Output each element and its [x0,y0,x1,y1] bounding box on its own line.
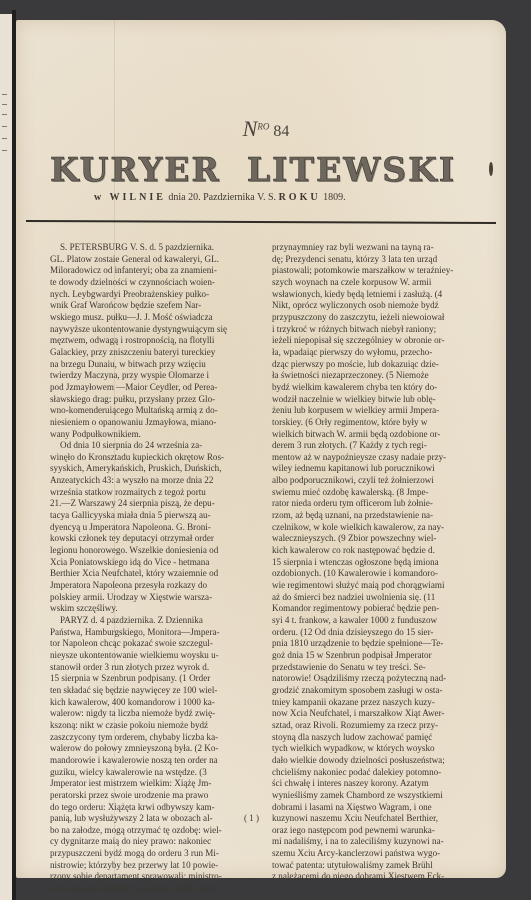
text-line: albo podporucznikowi, czyli też żołnierz… [272,475,490,487]
text-line: nistrowie; którzyby bez przerwy lat 10 p… [50,860,262,872]
text-line: wany Podpułkownikiem. [50,429,262,441]
title-word-1: KURYER [50,150,221,189]
text-line: Komandor regimentowy pobierać będzie pen… [272,603,490,615]
text-line: wynieśliśmy zamek Chambord ze wszystkiem… [272,790,490,802]
text-line: twierdzy Maczyna, przy wyspie Olomarze i [50,370,262,382]
text-line: Nikt, oprócz wyliczonych osob niemoże by… [272,300,490,312]
newspaper-page: NRO 84 KURYERLITEWSKI w WILNIE dnia 20. … [16,20,506,878]
text-line: przypuszczeni bydź mogą do orderu 3 run … [50,848,262,860]
masthead-rule [26,220,496,224]
text-line: stanowił order 3 run złotych przez wyrok… [50,662,262,674]
text-line: szemu Xciu Arcy-kanclerzowi państwa wygo… [272,848,490,860]
text-line: wiley iednemu kapitanowi lub porucznikow… [272,463,490,475]
adjacent-page-mark [2,114,7,115]
text-line: 21.—Z Warszawy 24 sierpnia piszą, że dep… [50,498,262,510]
text-line: przynaymniey raz byli wezwani na tayną r… [272,242,490,254]
dateline-date: dnia 20. Pazdziernika V. S. [168,192,276,203]
text-line: orderu. (12 Od dnia dzisieyszego do 15 s… [272,627,490,639]
text-line: swiemu mieć ozdobę kawalerską. (8 Jmpe- [272,487,490,499]
ink-blot [489,162,493,176]
text-line: nych. Leybgwardyi Preobrażenskiey pułko- [50,289,262,301]
text-line: ła świetności niezaprzeczoney. (5 Niemoż… [272,370,490,382]
text-line: peratorski przez swoie urodzenie ma praw… [50,790,262,802]
text-line: natorowie! Osądziliśmy rzeczą pożyteczną… [272,673,490,685]
text-line: tować patenta: utytułowaliśmy zamek Brüh… [272,860,490,872]
text-line: rator nieda orderu tym officerom lub żoł… [272,498,490,510]
text-line: legionu honorowego. Wszelkie doniesienia… [50,545,262,557]
text-line: wskiego musz. pułku—J. J. Mość oświadcza [50,312,262,324]
text-line: wie regimentowi służyć maią pod chorągwi… [272,580,490,592]
text-line: do tego orderu: Xiążęta krwi odbywszy ka… [50,802,262,814]
text-line: GL. Platow zostaie General od kawaleryi,… [50,254,262,266]
issue-prefix: N [243,116,258,141]
text-line: żeniu lub korpusem w wielkiey armii Jmpe… [272,405,490,417]
text-line: zaszczycony tym orderem, chybaby liczba … [50,732,262,744]
text-line: tniey kampanii okazane przez naszych kuz… [272,697,490,709]
text-line: rzom, aż będą uznani, na przedstawienie … [272,510,490,522]
title-word-2: LITEWSKI [247,150,456,189]
text-line: i trzykroć w różnych bitwach niebył rani… [272,324,490,336]
text-line: derem 3 run złotych. (7 Każdy z tych reg… [272,440,490,452]
newspaper-title: KURYERLITEWSKI [50,150,470,189]
text-line: kowski członek tey deputacyi otrzymał or… [50,533,262,545]
text-line: aż do śmierci bez nadziei uwolnienia się… [272,592,490,604]
text-line: ten składać się będzie naywięcey ze 100 … [50,685,262,697]
text-line: Państwa, Hamburgskiego, Monitora—Jmpera- [50,627,262,639]
adjacent-page-mark [2,150,7,151]
text-line: torskiey. (6 Orły regimentow, które były… [272,417,490,429]
text-line: Jmperator iest mistrzem wielkim: Xiążę J… [50,778,262,790]
text-line: dyencyą u Jmperatora Napoleona. G. Broni… [50,522,262,534]
text-line: tacya Gallicyyska miała dnia 5 pierwszą … [50,510,262,522]
text-line: kszoną: nikt w czasie pokoiu niemoże byd… [50,720,262,732]
text-line: te dowody dzielności w czynnościach woie… [50,277,262,289]
text-line: Miloradowicz od infanteryi; oba za znami… [50,265,262,277]
text-line: pnia 1810 urządzenie to będzie spełnione… [272,638,490,650]
issue-number: NRO 84 [16,116,506,142]
issue-sup: RO [257,122,269,132]
text-line: tych wielkich wypadkow, w których woysko [272,743,490,755]
text-line: ła, wpadaiąc pierwszy do wyłomu, przecho… [272,347,490,359]
adjacent-page-mark [2,126,7,127]
text-line: Anzeatyckich 43: a wyszło na morze dnia … [50,475,262,487]
text-line: męztwem, odwagą i rostropnością, na flot… [50,335,262,347]
text-line: syi 4 t. frankow, a kawaler 1000 z fundu… [272,615,490,627]
text-line: na brzegu Dunaiu, w bitwach przy wzięciu [50,359,262,371]
text-line: panią, lub wysłużywszy 2 lata w obozach … [50,813,262,825]
text-line: walecznieyszych. (9 Zbior powszechny wie… [272,533,490,545]
text-line: sławskiego drag: pułku, przysłany przez … [50,394,262,406]
text-line: bo na załodze, mogą otrzymać tę ozdobę: … [50,825,262,837]
text-line: chcieliśmy nakoniec podać dalekiey potom… [272,767,490,779]
text-line: przedstawienie do Senatu w tey treści. S… [272,662,490,674]
text-line: ści chwałę i interes naszey korony. Azat… [272,778,490,790]
text-line: syyskich, Amerykańskich, Pruskich, Duńsk… [50,463,262,475]
text-line: wie stanu po 20letniey wysłudze, ieżeli … [50,883,262,895]
text-line: walerow: nigdy ta liczba niemoże bydź zw… [50,708,262,720]
dateline-place: w WILNIE [94,192,166,203]
text-line: stoyną dla naszych ludow zachować pamięć [272,732,490,744]
text-line: dę; Prezydenci senatu, którzy 3 lata ten… [272,254,490,266]
adjacent-page-mark [2,104,7,105]
text-line: guziku, wielcy kawalerowie na wstędze. (… [50,767,262,779]
text-line: mentow aż w naypoźnieysze czasy nadaie p… [272,452,490,464]
text-line: przypuszczony do zaszczytu, ieżeli niewo… [272,312,490,324]
text-line: cy dygnitarze maią do niey prawo: nakoni… [50,836,262,848]
text-line: grodzić znakomitym sposobem zasługi w os… [272,685,490,697]
text-line: kich kawalerow co rok następować będzie … [272,545,490,557]
text-line: goż dnia 15 w Szenbrun podpisał Jmperato… [272,650,490,662]
text-line: września statkow rozmaitych z tegoż port… [50,487,262,499]
text-line: ieżeli niepopisał się szczególniey w obr… [272,335,490,347]
text-line: mandorowie i kawalerowie noszą ten order… [50,755,262,767]
text-line: walerow do połowy zmnieyszoną była. (2 K… [50,743,262,755]
text-line: szych woynach na czele korpusow W. armii [272,277,490,289]
adjacent-page-mark [2,138,7,139]
issue-number-value: 84 [273,123,289,140]
text-line: Galackiey, przy zniszczeniu bateryi ture… [50,347,262,359]
text-line: kich kawalerow, 400 komandorow i 1000 ka… [50,697,262,709]
text-line: bydź wielkim kawalerem chyba ten który d… [272,382,490,394]
dateline: w WILNIE dnia 20. Pazdziernika V. S. ROK… [94,192,494,203]
text-line: piastowali; potomkowie marszałkow w tera… [272,265,490,277]
text-line: winęło do Kronsztadu kupieckich okrętow … [50,452,262,464]
text-line: wskim szczęśliwy. [50,603,262,615]
dateline-year: 1809. [323,192,346,203]
text-line: ozdobionych. (10 Kawalerowie i komandoro… [272,568,490,580]
text-line: Jmperatora Napoleona przesyła rozkazy do [50,580,262,592]
text-line: wielkich bitwach W. armii będą ozdobione… [272,429,490,441]
text-line: z należącemi do niego dobrami Xięstwem E… [272,871,490,883]
text-line: wno-komenderuiącego Multańską armią z do… [50,405,262,417]
text-line: sztad, oraz Rivoli. Rozumiemy za rzecz p… [272,720,490,732]
text-line: 15 sierpnia i wtenczas ogłoszone będą im… [272,557,490,569]
text-line: naywyższe ukontentowanie dystyngwuiącym … [50,324,262,336]
text-line: wodził naczelnie w wielkiey bitwie lub o… [272,394,490,406]
article-column-right: przynaymniey raz byli wezwani na tayną r… [272,242,490,883]
text-line: niesieniem o opanowaniu Jzmayłowa, miano… [50,417,262,429]
text-line: czelnikow, w kole wielkich kawalerow, za… [272,522,490,534]
text-line: rzony sobie departament sprawowali; mini… [50,871,262,883]
page-folio: ( 1 ) [244,813,259,823]
text-line: Xcia Poniatowskiego idą do Vice - hetman… [50,557,262,569]
text-line: PARYZ d. 4 pazdziernika. Z Dziennika [50,615,262,627]
text-line: pod Jzmayłowem —Maior Ceydler, od Perea- [50,382,262,394]
text-line: Berthier Xcia Neufchatel, który wzaiemni… [50,568,262,580]
text-line: dząc pierwszy po moście, lub dokazuiąc d… [272,359,490,371]
text-line: 15 sierpnia w Szenbrun podpisany. (1 Ord… [50,673,262,685]
text-line: wnik Graf Warońcow będzie szefem Nar- [50,300,262,312]
text-line: oraz iego następcom pod pewnemi warunka- [272,825,490,837]
dateline-year-label: ROKU [279,192,321,203]
text-line: now Xcia Neufchatel, i marszałkow Xiąt A… [272,708,490,720]
text-line: S. PETERSBURG V. S. d. 5 pazdziernika. [50,242,262,254]
text-line: nieysze ukontentowanie wielkiemu woysku … [50,650,262,662]
text-line: tor Napoleon chcąc pokazać swoie szczegu… [50,638,262,650]
text-line: Od dnia 10 sierpnia do 24 września za- [50,440,262,452]
text-line: kuzynowi naszemu Xciu Neufchatel Berthie… [272,813,490,825]
text-line: polskiey armii. Urodzay w Xięstwie warsz… [50,592,262,604]
article-column-left: S. PETERSBURG V. S. d. 5 pazdziernika.GL… [50,242,262,895]
text-line: dało wielkie dowody dzielności posłuszeń… [272,755,490,767]
text-line: dobrami i lasami na Xięstwo Wagram, i on… [272,802,490,814]
text-line: mi nadaliśmy, i na to zaleciliśmy kuzyno… [272,836,490,848]
text-line: wsławionych, kiedy będą letniemi i zasłu… [272,289,490,301]
adjacent-page-mark [2,94,7,95]
